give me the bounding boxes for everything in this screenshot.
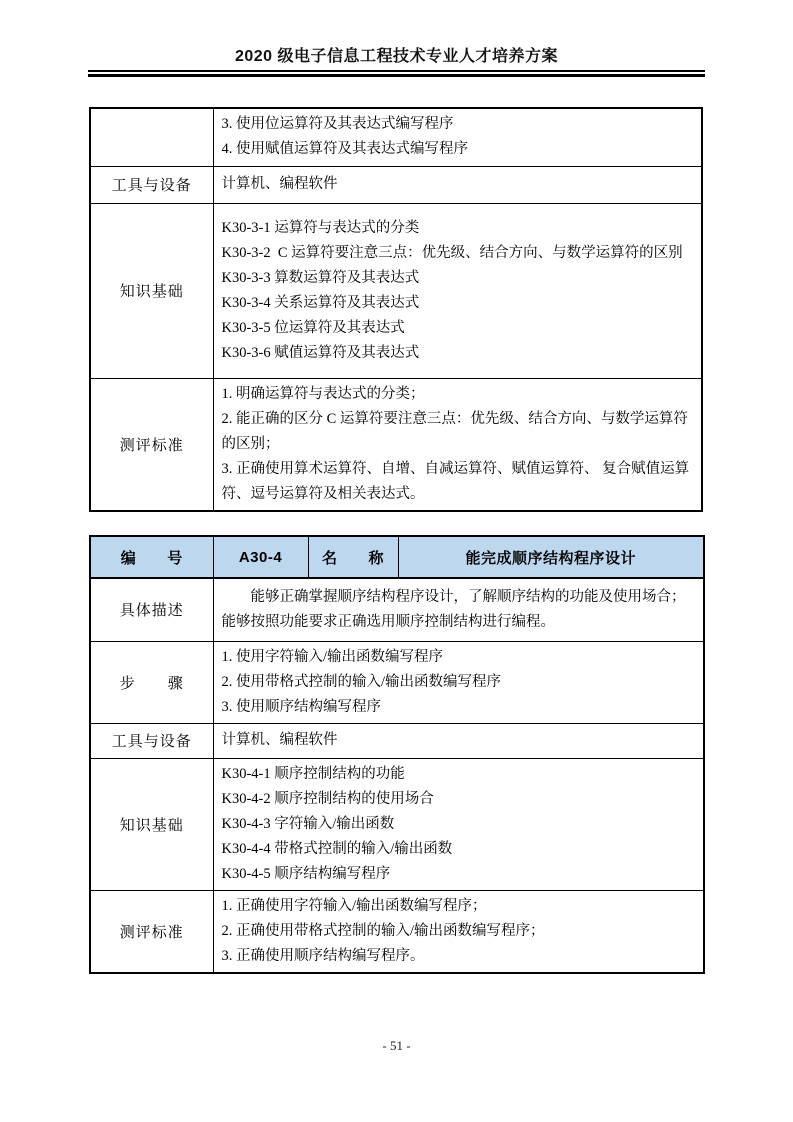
content-line: K30-3-1 运算符与表达式的分类 xyxy=(222,216,694,241)
content-line: K30-4-1 顺序控制结构的功能 xyxy=(222,762,696,787)
table-row: 工具与设备 计算机、编程软件 xyxy=(90,723,704,758)
row-label-cell: 工具与设备 xyxy=(90,166,213,203)
row-content-cell: 计算机、编程软件 xyxy=(213,723,704,758)
row-content-cell: K30-4-1 顺序控制结构的功能 K30-4-2 顺序控制结构的使用场合 K3… xyxy=(213,758,704,890)
header-divider xyxy=(88,70,705,77)
table-row: 知识基础 K30-4-1 顺序控制结构的功能 K30-4-2 顺序控制结构的使用… xyxy=(90,758,704,890)
row-label-cell xyxy=(90,108,213,166)
field-id-value: A30-4 xyxy=(213,536,308,578)
content-line: 能够正确掌握顺序结构程序设计，了解顺序结构的功能及使用场合；能够按照功能要求正确… xyxy=(222,585,696,635)
page-title: 2020 级电子信息工程技术专业人才培养方案 xyxy=(0,43,793,66)
content-line: 1. 正确使用字符输入/输出函数编写程序； xyxy=(222,894,696,919)
table-header-row: 编 号 A30-4 名 称 能完成顺序结构程序设计 xyxy=(90,536,704,578)
field-name-value: 能完成顺序结构程序设计 xyxy=(398,536,704,578)
row-content-cell: 能够正确掌握顺序结构程序设计，了解顺序结构的功能及使用场合；能够按照功能要求正确… xyxy=(213,578,704,641)
content-line: 3. 正确使用顺序结构编写程序。 xyxy=(222,944,696,969)
table-row: 3. 使用位运算符及其表达式编写程序 4. 使用赋值运算符及其表达式编写程序 xyxy=(90,108,702,166)
content-line: K30-4-4 带格式控制的输入/输出函数 xyxy=(222,837,696,862)
table-row: 知识基础 K30-3-1 运算符与表达式的分类 K30-3-2 C 运算符要注意… xyxy=(90,203,702,378)
content-line: 3. 使用顺序结构编写程序 xyxy=(222,695,696,720)
content-line: 计算机、编程软件 xyxy=(222,728,696,753)
content-line: K30-3-4 关系运算符及其表达式 xyxy=(222,291,694,316)
table-row: 具体描述 能够正确掌握顺序结构程序设计，了解顺序结构的功能及使用场合；能够按照功… xyxy=(90,578,704,641)
row-content-cell: 3. 使用位运算符及其表达式编写程序 4. 使用赋值运算符及其表达式编写程序 xyxy=(213,108,702,166)
content-line: 3. 使用位运算符及其表达式编写程序 xyxy=(222,112,694,137)
row-label-cell: 工具与设备 xyxy=(90,723,213,758)
content-line: 1. 明确运算符与表达式的分类； xyxy=(222,382,694,407)
content-line: K30-4-2 顺序控制结构的使用场合 xyxy=(222,787,696,812)
task-table-a30-4: 编 号 A30-4 名 称 能完成顺序结构程序设计 具体描述 能够正确掌握顺序结… xyxy=(89,535,705,974)
row-content-cell: K30-3-1 运算符与表达式的分类 K30-3-2 C 运算符要注意三点：优先… xyxy=(213,203,702,378)
task-table-a30-3: 3. 使用位运算符及其表达式编写程序 4. 使用赋值运算符及其表达式编写程序 工… xyxy=(89,107,703,512)
row-label-cell: 步 骤 xyxy=(90,641,213,723)
row-label-cell: 测评标准 xyxy=(90,890,213,973)
footer-page-number: - 51 - xyxy=(0,1038,793,1054)
row-label-cell: 知识基础 xyxy=(90,203,213,378)
row-label-cell: 测评标准 xyxy=(90,378,213,511)
divider-line-thick xyxy=(88,74,705,77)
document-page: 2020 级电子信息工程技术专业人才培养方案 3. 使用位运算符及其表达式编写程… xyxy=(0,0,793,1122)
table-row: 工具与设备 计算机、编程软件 xyxy=(90,166,702,203)
table-row: 测评标准 1. 正确使用字符输入/输出函数编写程序； 2. 正确使用带格式控制的… xyxy=(90,890,704,973)
table-row: 步 骤 1. 使用字符输入/输出函数编写程序 2. 使用带格式控制的输入/输出函… xyxy=(90,641,704,723)
content-line: 计算机、编程软件 xyxy=(222,172,694,197)
content-line: 3. 正确使用算术运算符、自增、自减运算符、赋值运算符、 复合赋值运算符、逗号运… xyxy=(222,457,694,507)
content-line: K30-4-5 顺序结构编写程序 xyxy=(222,862,696,887)
content-line: 4. 使用赋值运算符及其表达式编写程序 xyxy=(222,137,694,162)
row-content-cell: 1. 正确使用字符输入/输出函数编写程序； 2. 正确使用带格式控制的输入/输出… xyxy=(213,890,704,973)
content-line: 2. 能正确的区分 C 运算符要注意三点：优先级、结合方向、与数学运算符的区别； xyxy=(222,407,694,457)
row-content-cell: 计算机、编程软件 xyxy=(213,166,702,203)
table-row: 测评标准 1. 明确运算符与表达式的分类； 2. 能正确的区分 C 运算符要注意… xyxy=(90,378,702,511)
content-line: 2. 使用带格式控制的输入/输出函数编写程序 xyxy=(222,670,696,695)
content-line: K30-4-3 字符输入/输出函数 xyxy=(222,812,696,837)
content-line: K30-3-3 算数运算符及其表达式 xyxy=(222,266,694,291)
row-label-cell: 具体描述 xyxy=(90,578,213,641)
content-line: K30-3-5 位运算符及其表达式 xyxy=(222,316,694,341)
field-name-label: 名 称 xyxy=(308,536,398,578)
row-content-cell: 1. 明确运算符与表达式的分类； 2. 能正确的区分 C 运算符要注意三点：优先… xyxy=(213,378,702,511)
content-line: 1. 使用字符输入/输出函数编写程序 xyxy=(222,645,696,670)
content-line: 2. 正确使用带格式控制的输入/输出函数编写程序； xyxy=(222,919,696,944)
content-line: K30-3-6 赋值运算符及其表达式 xyxy=(222,341,694,366)
row-content-cell: 1. 使用字符输入/输出函数编写程序 2. 使用带格式控制的输入/输出函数编写程… xyxy=(213,641,704,723)
content-line: K30-3-2 C 运算符要注意三点：优先级、结合方向、与数学运算符的区别 xyxy=(222,241,694,266)
field-id-label: 编 号 xyxy=(90,536,213,578)
row-label-cell: 知识基础 xyxy=(90,758,213,890)
